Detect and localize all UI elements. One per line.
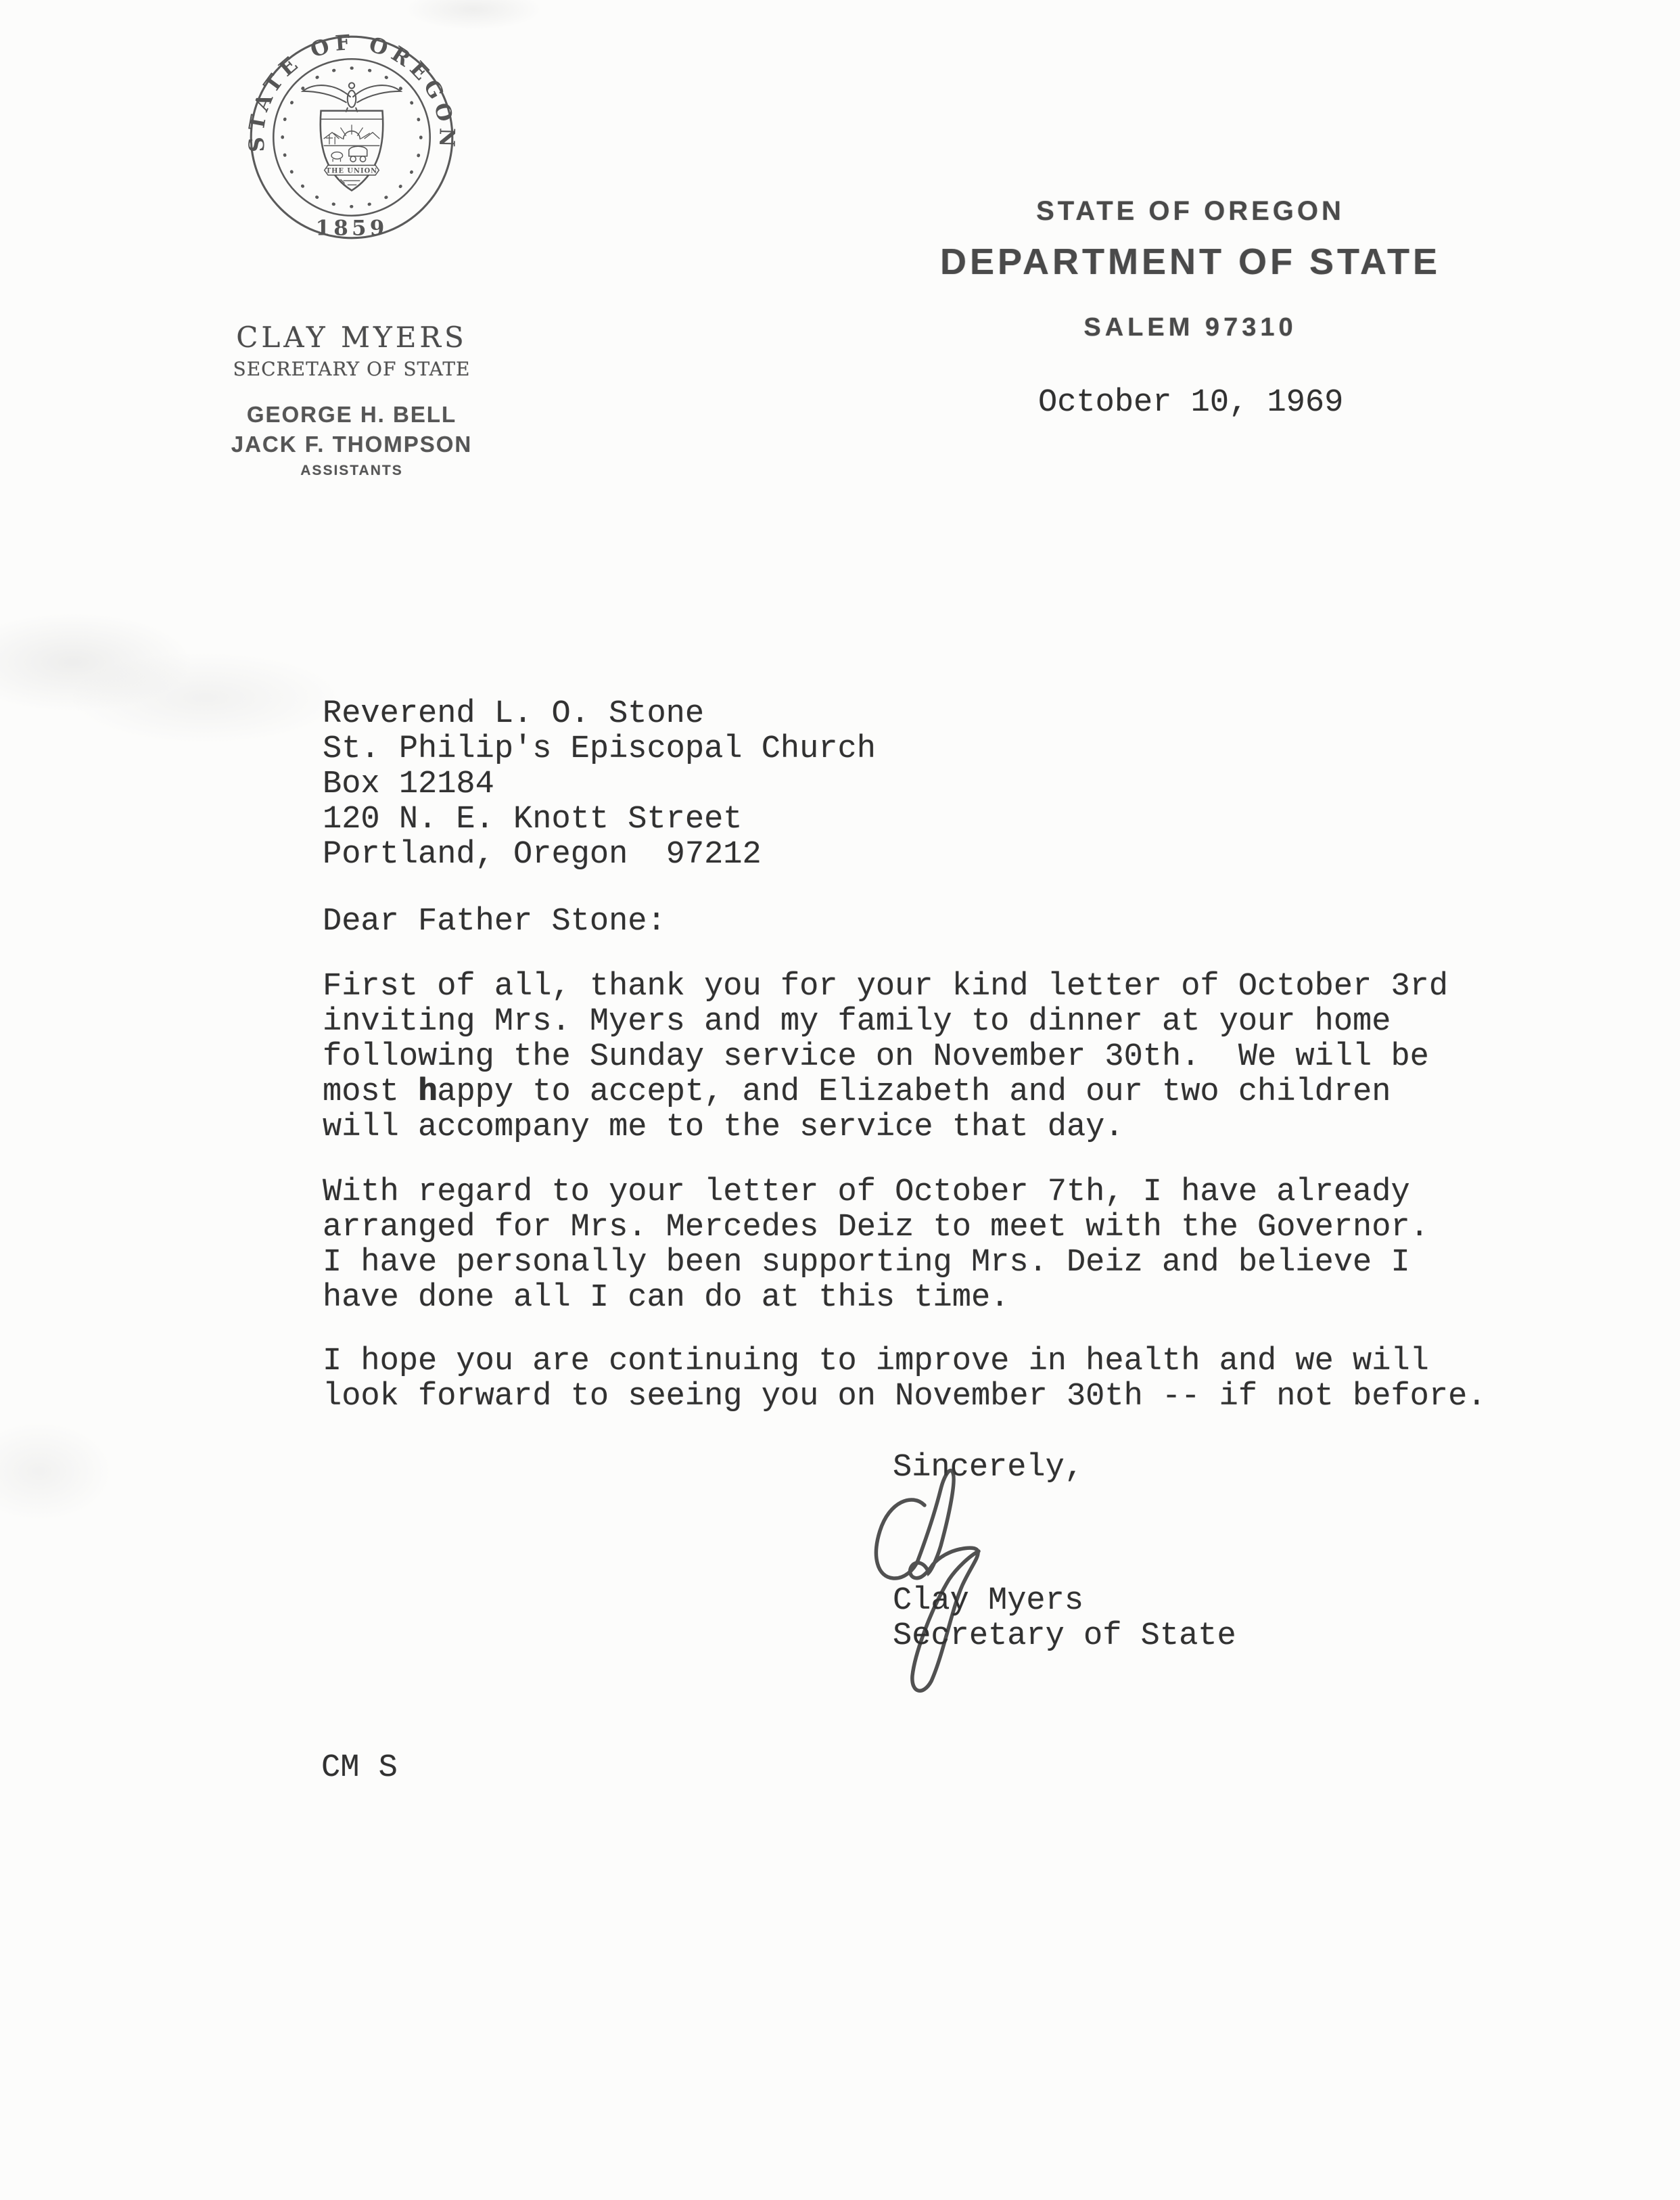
- recipient-line: Portland, Oregon 97212: [323, 838, 876, 873]
- assistant-name-1: GEORGE H. BELL: [81, 402, 622, 428]
- paragraph-1: First of all, thank you for your kind le…: [323, 969, 1448, 1145]
- paragraph-2: With regard to your letter of October 7t…: [323, 1175, 1429, 1316]
- body-line: With regard to your letter of October 7t…: [323, 1175, 1429, 1210]
- signed-name: Clay Myers: [893, 1584, 1236, 1619]
- body-line: I have personally been supporting Mrs. D…: [323, 1245, 1429, 1281]
- letter-date: October 10, 1969: [1038, 386, 1343, 421]
- assistants-label: ASSISTANTS: [81, 463, 622, 479]
- letterhead-name: CLAY MYERS: [81, 321, 622, 354]
- letterhead-left: CLAY MYERS SECRETARY OF STATE GEORGE H. …: [81, 0, 622, 514]
- letter-page: STATE OF OREGON 1859: [0, 0, 1680, 2200]
- typist-initials: CM S: [321, 1751, 398, 1786]
- body-line: have done all I can do at this time.: [323, 1281, 1429, 1316]
- letterhead-state: STATE OF OREGON: [886, 196, 1495, 227]
- scan-smudge: [0, 605, 338, 748]
- paragraph-3: I hope you are continuing to improve in …: [323, 1344, 1486, 1415]
- body-line: arranged for Mrs. Mercedes Deiz to meet …: [323, 1210, 1429, 1245]
- recipient-address: Reverend L. O. Stone St. Philip's Episco…: [323, 697, 876, 873]
- body-line: First of all, thank you for your kind le…: [323, 969, 1448, 1005]
- recipient-line: St. Philip's Episcopal Church: [323, 732, 876, 767]
- body-line: inviting Mrs. Myers and my family to din…: [323, 1005, 1448, 1040]
- body-line: I hope you are continuing to improve in …: [323, 1344, 1486, 1379]
- letterhead-city-zip: SALEM 97310: [886, 313, 1495, 342]
- overstruck-letter: h: [418, 1074, 437, 1110]
- body-line: will accompany me to the service that da…: [323, 1110, 1448, 1145]
- recipient-line: Reverend L. O. Stone: [323, 697, 876, 732]
- letterhead-department: DEPARTMENT OF STATE: [886, 241, 1495, 283]
- signed-title: Secretary of State: [893, 1619, 1236, 1654]
- salutation: Dear Father Stone:: [323, 904, 666, 940]
- assistant-name-2: JACK F. THOMPSON: [81, 432, 622, 457]
- letterhead-right: STATE OF OREGON DEPARTMENT OF STATE SALE…: [886, 0, 1495, 379]
- body-line: look forward to seeing you on November 3…: [323, 1379, 1486, 1415]
- signature-block: Clay Myers Secretary of State: [893, 1584, 1236, 1654]
- letterhead-title: SECRETARY OF STATE: [81, 358, 622, 380]
- body-line: following the Sunday service on November…: [323, 1040, 1448, 1075]
- recipient-line: Box 12184: [323, 767, 876, 802]
- recipient-line: 120 N. E. Knott Street: [323, 802, 876, 838]
- body-line: most happy to accept, and Elizabeth and …: [323, 1075, 1448, 1110]
- scan-smudge: [0, 1407, 162, 1536]
